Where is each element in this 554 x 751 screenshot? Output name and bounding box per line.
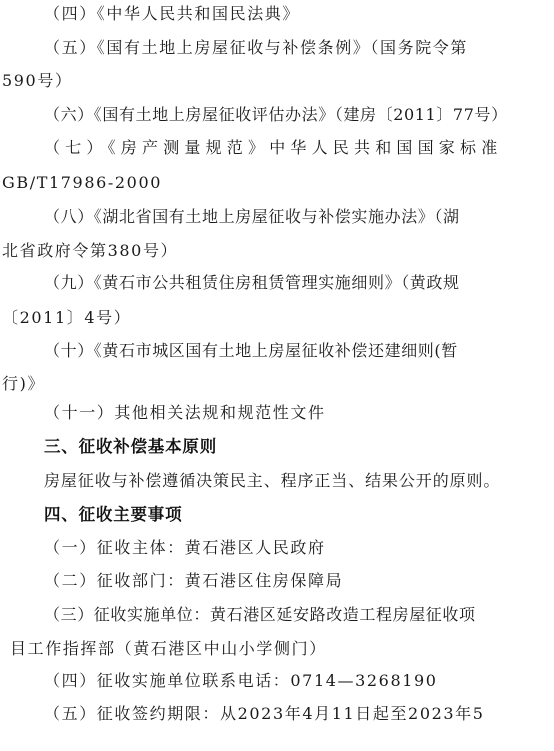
text-line-continuation: 行)》 — [2, 374, 45, 394]
text-line-huangshi-rental-rules: （九）《黄石市公共租赁住房租赁管理实施细则》（黄政规 — [44, 273, 460, 293]
text-line-other-regulations: （十一）其他相关法规和规范性文件 — [44, 403, 326, 423]
section-heading-main-matters: 四、征收主要事项 — [44, 505, 182, 525]
section-heading-principles: 三、征收补偿基本原则 — [44, 437, 217, 457]
text-line-continuation: 目工作指挥部（黄石港区中山小学侧门） — [10, 639, 327, 659]
text-line-surveying-standard: （七）《房产测量规范》中华人民共和国国家标准 — [44, 138, 502, 158]
document-page: （四）《中华人民共和国民法典》 （五）《国有土地上房屋征收与补偿条例》（国务院令… — [0, 0, 554, 751]
text-line-assessment-measures: （六）《国有土地上房屋征收评估办法》（建房〔2011〕77号） — [44, 105, 508, 125]
text-line-continuation: 590号） — [2, 71, 73, 91]
text-line-signing-period: （五）征收签约期限：从2023年4月11日起至2023年5 — [44, 704, 485, 724]
text-line-subject: （一）征收主体：黄石港区人民政府 — [44, 538, 326, 558]
text-line-hubei-measures: （八）《湖北省国有土地上房屋征收与补偿实施办法》（湖 — [44, 207, 460, 227]
text-line-continuation: 〔2011〕4号） — [2, 308, 131, 328]
text-line-contact-phone: （四）征收实施单位联系电话：0714—3268190 — [44, 671, 438, 691]
text-line-law-civil-code: （四）《中华人民共和国民法典》 — [44, 4, 300, 24]
text-line-department: （二）征收部门：黄石港区住房保障局 — [44, 571, 343, 591]
text-line-implementing-unit: （三）征收实施单位：黄石港区延安路改造工程房屋征收项 — [44, 605, 476, 625]
text-line-continuation: 北省政府令第380号） — [2, 241, 178, 261]
text-line-expropriation-regulation: （五）《国有土地上房屋征收与补偿条例》（国务院令第 — [44, 38, 468, 58]
text-line-huangshi-rebuild-rules: （十）《黄石市城区国有土地上房屋征收补偿还建细则(暂 — [44, 341, 458, 361]
text-line-continuation: GB/T17986-2000 — [2, 173, 162, 193]
text-line-principles: 房屋征收与补偿遵循决策民主、程序正当、结果公开的原则。 — [44, 471, 500, 491]
